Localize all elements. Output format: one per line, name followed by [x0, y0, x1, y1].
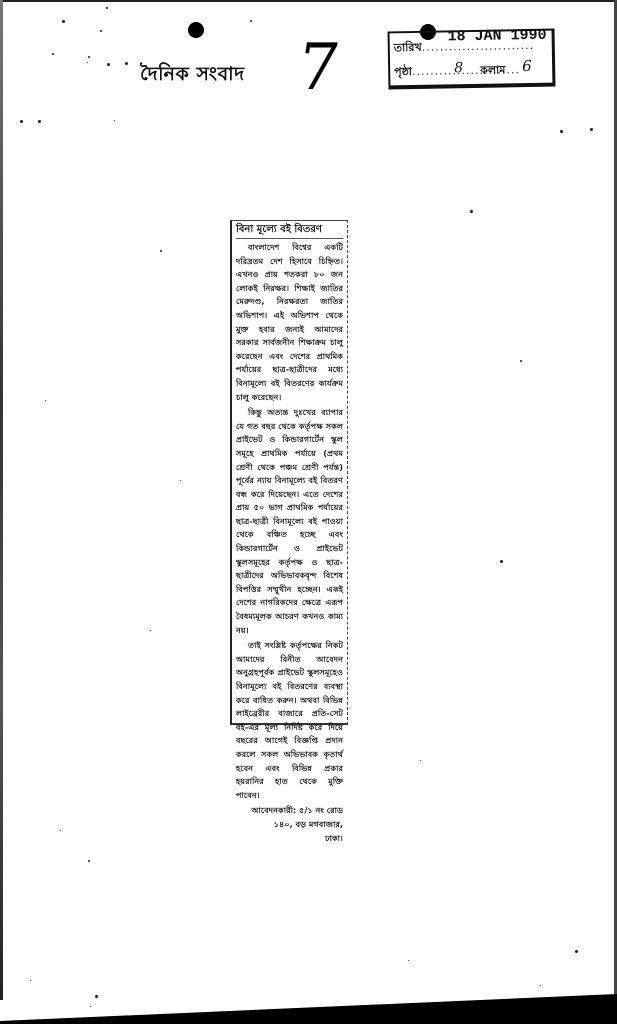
newspaper-masthead: দৈনিক সংবাদ [140, 60, 245, 92]
article-paragraph: কিন্তু অত্যন্ত দুঃখের ব্যাপার যে গত বছর … [236, 406, 343, 637]
stamp-page-label: পৃষ্ঠা [394, 65, 412, 78]
article-signature-line: ১৪০, বড় মগবাজার, [236, 818, 343, 832]
stamp-column-label: কলাম [480, 61, 506, 80]
punch-hole-left [188, 22, 204, 38]
stamp-column-value: 6 [522, 57, 532, 75]
page-edge-left [0, 0, 3, 1000]
stamp-page-value: 8 [454, 60, 463, 76]
article-paragraph: বাংলাদেশ বিশ্বের একটি দরিদ্রতম দেশ হিসাব… [236, 241, 343, 404]
article-headline: বিনা মূল্যে বই বিতরণ [236, 223, 343, 239]
stamp-date-label: তারিখ [394, 41, 422, 54]
article-signature-line: ঢাকা। [236, 832, 343, 846]
date-stamp: তারিখ......................... 18 JAN 19… [388, 29, 556, 90]
article-paragraph: তাই সংশ্লিষ্ট কর্তৃপক্ষের নিকট আমাদের বি… [236, 639, 343, 802]
scanned-page: দৈনিক সংবাদ 7 তারিখ.....................… [0, 0, 617, 1024]
scan-border-bottom [0, 994, 617, 1024]
stamp-date-value: 18 JAN 1990 [447, 27, 546, 46]
article-signature-line: আবেদনকারী: ৫/১ নং রোড [236, 804, 343, 818]
page-edge-top [0, 0, 617, 2]
article-clipping: বিনা মূল্যে বই বিতরণ বাংলাদেশ বিশ্বের এক… [230, 220, 348, 725]
handwritten-number: 7 [294, 36, 344, 100]
